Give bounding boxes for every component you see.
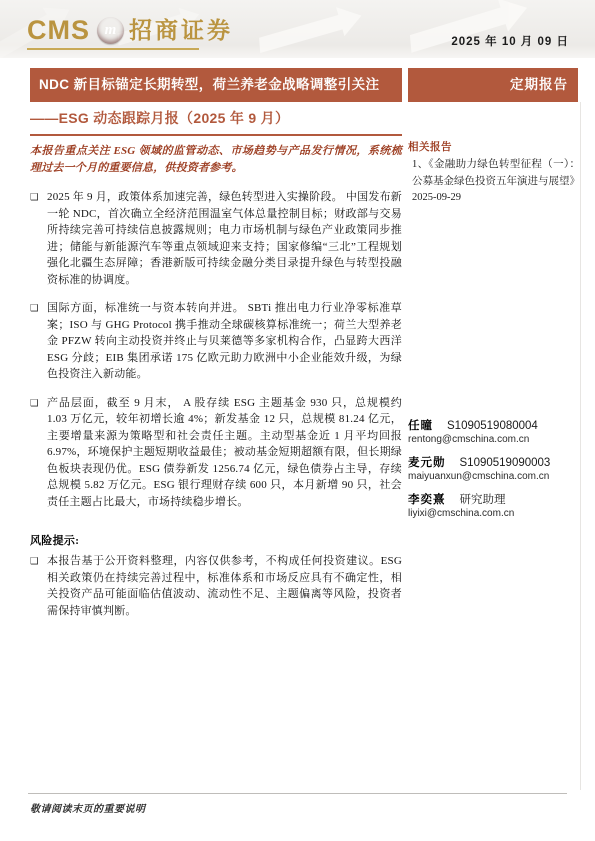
report-title: NDC 新目标锚定长期转型，荷兰养老金战略调整引关注: [39, 77, 379, 92]
sidebar-related-reports: 相关报告 1、《金融助力绿色转型征程（一）：公募基金绿色投资五年演进与展望》 2…: [408, 139, 580, 207]
analyst-list: 任曈 S1090519080004 rentong@cmschina.com.c…: [408, 417, 580, 528]
related-reports-heading: 相关报告: [408, 139, 580, 154]
analyst-entry: 任曈 S1090519080004 rentong@cmschina.com.c…: [408, 417, 580, 445]
risk-text: 本报告基于公开资料整理，内容仅供参考，不构成任何投资建议。ESG 相关政策仍在持…: [47, 555, 402, 617]
bullet-text: 2025 年 9 月，政策体系加速完善，绿色转型进入实操阶段。 中国发布新一轮 …: [47, 191, 402, 286]
square-bullet-icon: ❑: [30, 301, 39, 318]
analyst-code: S1090519080004: [447, 420, 538, 432]
bullet-item-international: ❑ 国际方面，标准统一与资本转向并进。 SBTi 推出电力行业净零标准草案；IS…: [30, 300, 402, 383]
footer-note: 敬请阅读末页的重要说明: [30, 800, 146, 815]
bullet-item-products: ❑ 产品层面，截至 9 月末， A 股存续 ESG 主题基金 930 只，总规模…: [30, 395, 402, 511]
report-type-label: 定期报告: [510, 77, 568, 92]
analyst-name: 李奕熹: [408, 491, 446, 507]
square-bullet-icon: ❑: [30, 190, 39, 207]
cms-logo-text: CMS: [27, 17, 90, 44]
analyst-name: 任曈: [408, 417, 433, 433]
logo-underline: [27, 48, 199, 50]
title-divider: [30, 134, 402, 136]
report-title-bar: NDC 新目标锚定长期转型，荷兰养老金战略调整引关注: [30, 68, 402, 102]
analyst-email-link[interactable]: maiyuanxun@cmschina.com.cn: [408, 471, 580, 482]
main-content: 本报告重点关注 ESG 领域的监管动态、市场趋势与产品发行情况，系统梳理过去一个…: [30, 143, 402, 631]
analyst-entry: 麦元勋 S1090519090003 maiyuanxun@cmschina.c…: [408, 454, 580, 482]
bullet-item-policy: ❑ 2025 年 9 月，政策体系加速完善，绿色转型进入实操阶段。 中国发布新一…: [30, 189, 402, 288]
related-report-date: 2025-09-29: [412, 192, 461, 203]
company-name: 招商证券: [129, 17, 233, 44]
header: CMS m 招商证券 2025 年 10 月 09 日: [0, 0, 595, 58]
report-page: CMS m 招商证券 2025 年 10 月 09 日 NDC 新目标锚定长期转…: [0, 0, 595, 841]
analyst-entry: 李奕熹 研究助理 liyixi@cmschina.com.cn: [408, 491, 580, 519]
bullet-text: 国际方面，标准统一与资本转向并进。 SBTi 推出电力行业净零标准草案；ISO …: [47, 302, 402, 380]
analyst-code: S1090519090003: [460, 457, 551, 469]
square-bullet-icon: ❑: [30, 554, 39, 571]
cms-logo-badge-icon: m: [97, 17, 124, 44]
related-report-title: 1、《金融助力绿色转型征程（一）：公募基金绿色投资五年演进与展望》: [412, 159, 580, 187]
report-subtitle: ——ESG 动态跟踪月报（2025 年 9 月）: [30, 108, 289, 128]
risk-bullet-item: ❑ 本报告基于公开资料整理，内容仅供参考，不构成任何投资建议。ESG 相关政策仍…: [30, 553, 402, 619]
analyst-email-link[interactable]: rentong@cmschina.com.cn: [408, 434, 580, 445]
square-bullet-icon: ❑: [30, 396, 39, 413]
report-date: 2025 年 10 月 09 日: [451, 33, 569, 49]
analyst-email-link[interactable]: liyixi@cmschina.com.cn: [408, 508, 580, 519]
sidebar-right-divider: [580, 102, 581, 790]
footer-divider: [28, 793, 567, 794]
related-report-link[interactable]: 1、《金融助力绿色转型征程（一）：公募基金绿色投资五年演进与展望》 2025-0…: [408, 157, 580, 207]
analyst-name: 麦元勋: [408, 454, 446, 470]
cms-logo: CMS m 招商证券: [27, 17, 233, 44]
risk-heading: 风险提示:: [30, 532, 402, 548]
summary-paragraph: 本报告重点关注 ESG 领域的监管动态、市场趋势与产品发行情况，系统梳理过去一个…: [30, 143, 402, 177]
report-type-badge: 定期报告: [408, 68, 578, 102]
bullet-text: 产品层面，截至 9 月末， A 股存续 ESG 主题基金 930 只，总规模约 …: [47, 397, 402, 508]
arrow-watermark-icon: [258, 14, 345, 52]
analyst-title: 研究助理: [460, 491, 506, 507]
